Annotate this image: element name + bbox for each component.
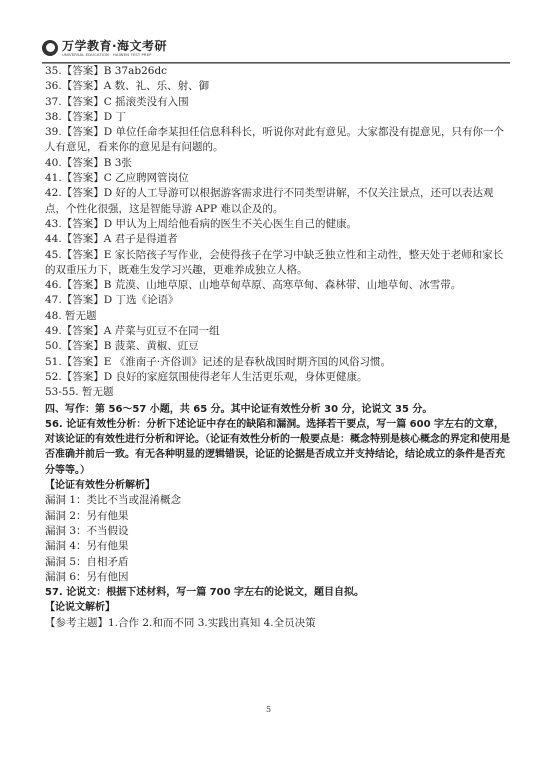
answer-50: 50.【答案】B 菠菜、黄椒、豇豆 [45,339,510,354]
question-57-analysis-title: 【论说文解析】 [45,600,510,615]
question-57-themes: 【参考主题】1.合作 2.和而不同 3.实践出真知 4.全员决策 [45,616,510,631]
answer-44: 44.【答案】A 君子是得道者 [45,232,510,247]
question-56-analysis-title: 【论证有效性分析解析】 [45,478,510,493]
question-57: 57. 论说文：根据下述材料，写一篇 700 字左右的论说文，题目自拟。 [45,585,510,600]
loophole-5: 漏洞 5：自相矛盾 [45,555,510,570]
answer-43: 43.【答案】D 甲认为上周给他看病的医生不关心医生自己的健康。 [45,217,510,232]
page-header: 万学教育·海文考研 UNIVERSAL EDUCATION · HAIWEN T… [42,40,510,64]
answer-42: 42.【答案】D 好的人工导游可以根据游客需求进行不同类型讲解，不仅关注景点，还… [45,186,510,217]
answer-52: 52.【答案】D 良好的家庭氛围使得老年人生活更乐观，身体更健康。 [45,370,510,385]
document-body: 35.【答案】B 37ab26dc 36.【答案】A 数、礼、乐、射、御 37.… [45,64,510,631]
answer-35: 35.【答案】B 37ab26dc [45,64,510,79]
writing-section-title: 四、写作：第 56～57 小题，共 65 分。其中论证有效性分析 30 分，论说… [45,402,510,417]
loophole-2: 漏洞 2：另有他果 [45,509,510,524]
answer-48: 48. 暂无题 [45,309,510,324]
logo-title: 万学教育·海文考研 [62,40,167,52]
answer-36: 36.【答案】A 数、礼、乐、射、御 [45,79,510,94]
loophole-4: 漏洞 4：另有他果 [45,539,510,554]
answer-45: 45.【答案】E 家长陪孩子写作业，会使得孩子在学习中缺乏独立性和主动性，整天处… [45,248,510,279]
loophole-6: 漏洞 6：另有他因 [45,570,510,585]
answer-39: 39.【答案】D 单位任命李某担任信息科科长，听说你对此有意见。大家都没有提意见… [45,125,510,156]
loophole-1: 漏洞 1：类比不当或混淆概念 [45,493,510,508]
answer-41: 41.【答案】C 乙应聘网管岗位 [45,171,510,186]
answer-51: 51.【答案】E 《淮南子·齐俗训》记述的是春秋战国时期齐国的风俗习惯。 [45,355,510,370]
answer-38: 38.【答案】D 丁 [45,110,510,125]
logo-subtitle: UNIVERSAL EDUCATION · HAIWEN TEST PREP [62,53,167,57]
page-number: 5 [266,705,271,714]
answer-40: 40.【答案】B 3张 [45,156,510,171]
logo-icon [42,40,58,56]
answer-47: 47.【答案】D 丁选《论语》 [45,293,510,308]
answer-53-55: 53-55. 暂无题 [45,385,510,400]
loophole-3: 漏洞 3：不当假设 [45,524,510,539]
logo: 万学教育·海文考研 UNIVERSAL EDUCATION · HAIWEN T… [42,40,167,57]
question-56: 56. 论证有效性分析：分析下述论证中存在的缺陷和漏洞。选择若干要点，写一篇 6… [45,417,510,478]
answer-46: 46.【答案】B 荒漠、山地草原、山地草甸草原、高寒草甸、森林带、山地草甸、冰雪… [45,278,510,293]
answer-49: 49.【答案】A 芹菜与豇豆不在同一组 [45,324,510,339]
answer-37: 37.【答案】C 摇滚类没有入围 [45,95,510,110]
